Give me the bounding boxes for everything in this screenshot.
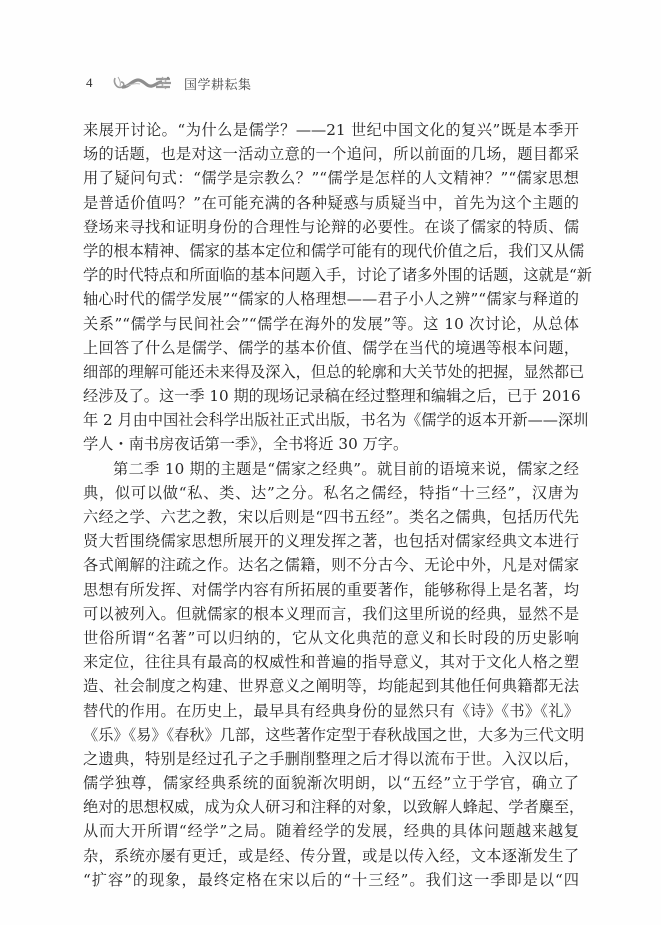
text-line: 从而大开所谓“经学”之局。随着经学的发展，经典的具体问题越来越复 [83,819,579,843]
text-line: 场的话题，也是对这一活动立意的一个追问，所以前面的几场，题目都采 [83,142,579,166]
text-line: 学的根本精神、儒家的基本定位和儒学可能有的现代价值之后，我们又从儒 [83,239,579,263]
text-line: 用了疑问句式：“儒学是宗教么？”“儒学是怎样的人文精神？”“儒家思想 [83,166,579,190]
text-line: 典，似可以做“私、类、达”之分。私名之儒经，特指“十三经”，汉唐为 [83,481,579,505]
text-line: 造、社会制度之构建、世界意义之阐明等，均能起到其他任何典籍都无法 [83,674,579,698]
text-line: 儒学独尊，儒家经典系统的面貌渐次明朗，以“五经”立于学官，确立了 [83,771,579,795]
body-text: 来展开讨论。“为什么是儒学？——21 世纪中国文化的复兴”既是本季开 场的话题，… [83,118,579,892]
text-line: 学的时代特点和所面临的基本问题入手，讨论了诸多外围的话题，这就是“新 [83,263,579,287]
text-line: 替代的作用。在历史上，最早具有经典身份的显然只有《诗》《书》《礼》 [83,699,579,723]
text-line: 轴心时代的儒学发展”“儒家的人格理想——君子小人之辨”“儒家与释道的 [83,287,579,311]
page-number: 4 [86,75,112,91]
text-line: 学人・南书房夜话第一季》，全书将近 30 万字。 [83,432,579,456]
book-page: 4 国学耕耘集 来展开讨论。“为什么是儒学？——21 世纪中国文化的复兴”既是本… [0,0,661,925]
text-line: 《乐》《易》《春秋》几部，这些著作定型于春秋战国之世，大多为三代文明 [83,723,579,747]
dragon-ornament-icon [112,74,172,92]
text-line: 之遗典，特别是经过孔子之手删削整理之后才得以流布于世。入汉以后， [83,747,579,771]
text-line: 来展开讨论。“为什么是儒学？——21 世纪中国文化的复兴”既是本季开 [83,118,579,142]
text-line: 世俗所谓“名著”可以归纳的，它从文化典范的意义和长时段的历史影响 [83,626,579,650]
text-line: 上回答了什么是儒学、儒学的基本价值、儒学在当代的境遇等根本问题， [83,336,579,360]
running-head: 4 国学耕耘集 [86,72,252,94]
text-line: “扩容”的现象，最终定格在宋以后的“十三经”。我们这一季即是以“四 [83,868,579,892]
text-line: 贤大哲围绕儒家思想所展开的义理发挥之著，也包括对儒家经典文本进行 [83,529,579,553]
text-line: 各式阐解的注疏之作。达名之儒籍，则不分古今、无论中外，凡是对儒家 [83,553,579,577]
text-line: 是普适价值吗？”在可能充满的各种疑惑与质疑当中，首先为这个主题的 [83,191,579,215]
paragraph: 来展开讨论。“为什么是儒学？——21 世纪中国文化的复兴”既是本季开 场的话题，… [83,118,579,457]
text-line: 第二季 10 期的主题是“儒家之经典”。就目前的语境来说，儒家之经 [83,457,579,481]
text-line: 来定位，往往具有最高的权威性和普遍的指导意义，其对于文化人格之塑 [83,650,579,674]
text-line: 六经之学、六艺之教，宋以后则是“四书五经”。类名之儒典，包括历代先 [83,505,579,529]
text-line: 绝对的思想权威，成为众人研习和注释的对象，以致解人蜂起、学者麋至， [83,795,579,819]
text-line: 经涉及了。这一季 10 期的现场记录稿在经过整理和编辑之后，已于 2016 [83,384,579,408]
text-line: 可以被列入。但就儒家的根本义理而言，我们这里所说的经典，显然不是 [83,602,579,626]
text-line: 思想有所发挥、对儒学内容有所拓展的重要著作，能够称得上是名著，均 [83,578,579,602]
paragraph: 第二季 10 期的主题是“儒家之经典”。就目前的语境来说，儒家之经 典，似可以做… [83,457,579,892]
text-line: 年 2 月由中国社会科学出版社正式出版，书名为《儒学的返本开新——深圳 [83,408,579,432]
text-line: 关系”“儒学与民间社会”“儒学在海外的发展”等。这 10 次讨论，从总体 [83,312,579,336]
text-line: 杂，系统亦屡有更迁，或是经、传分置，或是以传入经，文本逐渐发生了 [83,844,579,868]
text-line: 细部的理解可能还未来得及深入，但总的轮廓和大关节处的把握，显然都已 [83,360,579,384]
text-line: 登场来寻找和证明身份的合理性与论辩的必要性。在谈了儒家的特质、儒 [83,215,579,239]
book-title: 国学耕耘集 [184,74,252,93]
